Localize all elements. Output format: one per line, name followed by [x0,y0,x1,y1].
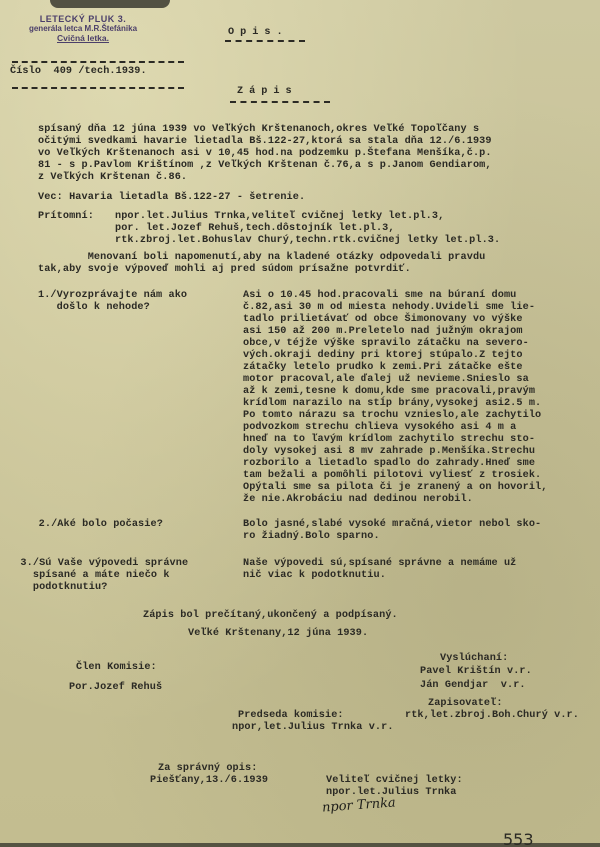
stamp-line-2: generála letca M.R.Štefánika [8,24,158,33]
answer-line: č.82,asi 30 m od miesta nehody.Uvideli s… [243,302,535,314]
answer-line: zátačky letelo prudko k zemi.Pri zátačke… [243,362,523,374]
answer-line: hneď na to ľavým krídlom zachytilo strec… [243,434,535,446]
admonition-line: tak,aby svoje výpoveď mohli aj pred súdo… [38,264,411,276]
divider [12,61,184,63]
answer-3-line: nič viac k podotknutiu. [243,570,386,582]
answer-line: tam bežali a pomôhli pilotovi vyliesť z … [243,470,541,482]
member-label: Člen Komisie: [76,662,157,674]
subject-line: Vec: Havaria lietadla Bš.122-27 - šetren… [38,192,305,204]
interviewed-name: Ján Gendjar v.r. [420,680,526,692]
answer-line: vých.okraji dediny pri ktorej stúpalo.Z … [243,350,523,362]
unit-stamp: LETECKÝ PLUK 3. generála letca M.R.Štefá… [8,14,158,43]
intro-line: vo Veľkých Krštenanoch asi v 10,45 hod.n… [38,148,492,160]
answer-line: Asi o 10.45 hod.pracovali sme na búraní … [243,290,516,302]
chair-name: npor,let.Julius Trnka v.r. [232,722,394,734]
interviewed-name: Pavel Krištín v.r. [420,666,532,678]
answer-line: obce,v téjže výške spravilo zátačku na s… [243,338,529,350]
divider [12,87,184,89]
answer-line: doly vysokej asi 8 mv zahrade p.Menšíka.… [243,446,535,458]
intro-line: očitými svedkami havarie lietadla Bš.122… [38,136,492,148]
question-3: podotknutiu? [8,582,107,594]
answer-line: rozborilo a lietadlo spadlo do zahrady.H… [243,458,535,470]
member-name: Por.Jozef Rehuš [69,682,162,694]
answer-line: asi 150 až 200 m.Preletelo nad južným ok… [243,326,523,338]
closing-place-date: Veľké Krštenany,12 júna 1939. [188,628,368,640]
answer-3-line: Naše výpovedi sú,spísané správne a nemám… [243,558,516,570]
answer-line: podvozkom strechu chlieva vysokého asi 4… [243,422,516,434]
question-1: došlo k nehode? [38,302,150,314]
answer-2-line: Bolo jasné,slabé vysoké mračná,vietor ne… [243,519,541,531]
present-label: Prítomní: [38,211,94,223]
answer-line: motor pracoval,ale ďalej už nevieme.Snie… [243,374,529,386]
interviewed-label: Vyslúchaní: [440,653,508,665]
answer-line: tadlo prilietávať od obce Šimonovany vo … [243,314,523,326]
present-line: por. let.Jozef Rehuš,tech.dôstojník let.… [115,223,395,235]
answer-2-line: ro žiadný.Bolo sparno. [243,531,380,543]
answer-line: že nie.Akrobáciu nad dedinou nerobil. [243,494,473,506]
intro-line: 81 - s p.Pavlom Krištínom ,z Veľkých Krš… [38,160,492,172]
answer-line: až k zemi,tesne k domu,kde sme pracovali… [243,386,535,398]
copy-title: Opis. [228,27,289,39]
recorder-name: rtk,let.zbroj.Boh.Churý v.r. [405,710,579,722]
document-title: Zápis [237,86,298,98]
present-line: npor.let.Julius Trnka,veliteľ cvičnej le… [115,211,444,223]
present-line: rtk.zbroj.let.Bohuslav Churý,techn.rtk.c… [115,235,500,247]
question-3: 3./Sú Vaše výpovedi správne [8,558,188,570]
answer-line: Po tomto nárazu sa trochu vznieslo,ale z… [243,410,541,422]
answer-line: krídlom narazilo na stĺp brány,vysokej a… [243,398,541,410]
page-number: 553 [503,830,534,847]
intro-line: z Veľkých Krštenan č.86. [38,172,187,184]
question-1: 1./Vyrozprávajte nám ako [38,290,187,302]
stamp-line-1: LETECKÝ PLUK 3. [8,14,158,24]
copy-title-underline [225,40,305,42]
answer-line: Opýtali sme sa pilota či je zranený a on… [243,482,547,494]
recorder-label: Zapisovateľ: [428,698,503,710]
intro-line: spísaný dňa 12 júna 1939 vo Veľkých Kršt… [38,124,479,136]
scan-shadow [50,0,170,8]
certification-label: Za správný opis: [158,763,257,775]
question-2: 2./Aké bolo počasie? [20,519,163,531]
closing-statement: Zápis bol prečítaný,ukončený a podpísaný… [143,610,398,622]
chair-label: Predseda komisie: [238,710,344,722]
certification-place-date: Piešťany,13./6.1939 [150,775,268,787]
question-3: spísané a máte niečo k [8,570,170,582]
stamp-line-3: Cvičná letka. [8,33,158,43]
admonition-line: Menovaní boli napomenutí,aby na kladené … [38,252,485,264]
title-underline [230,101,330,103]
reference-number: Číslo 409 /tech.1939. [10,66,147,78]
commander-label: Veliteľ cvičnej letky: [326,775,463,787]
